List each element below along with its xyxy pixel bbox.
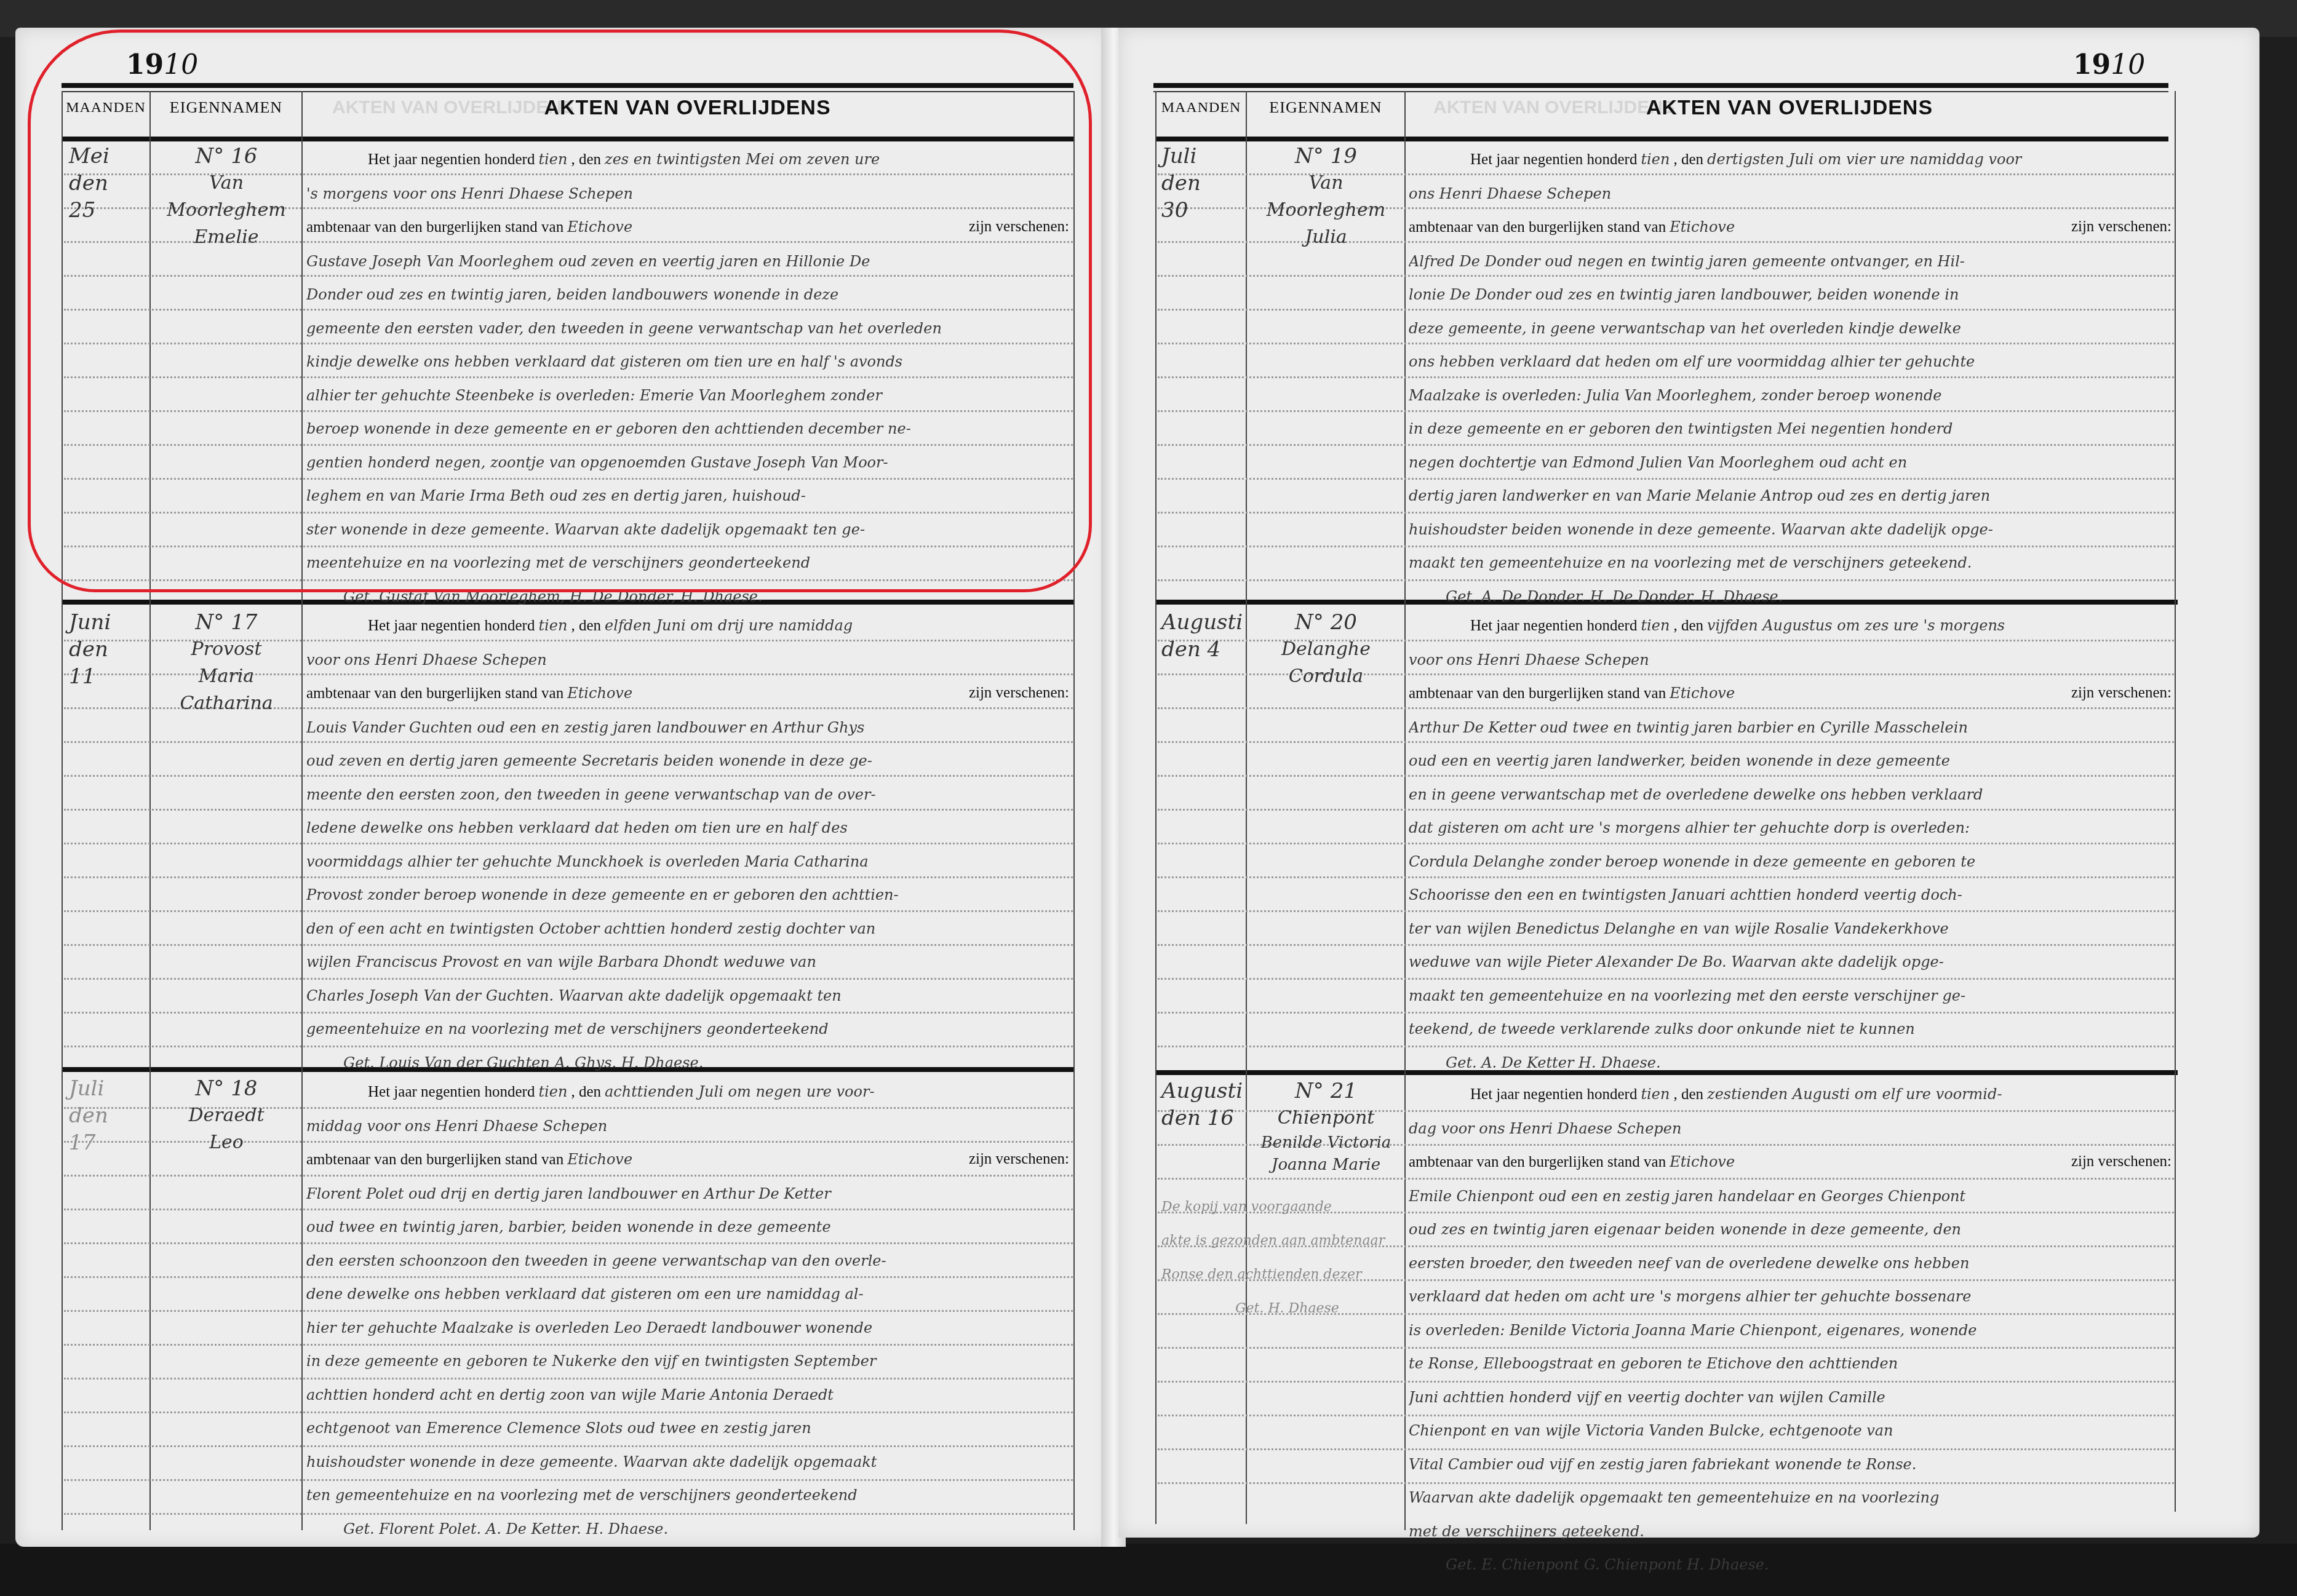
given-name: Benilde Victoria Joanna Marie bbox=[1248, 1132, 1404, 1176]
header-top-rule bbox=[1153, 83, 2168, 88]
surname: Provost bbox=[151, 636, 301, 663]
text-line: huishoudster beiden wonende in deze geme… bbox=[1409, 513, 2172, 547]
given-name: Cordula bbox=[1248, 663, 1404, 690]
text-line: te Ronse, Elleboogstraat en geboren te E… bbox=[1409, 1347, 2172, 1381]
printed-official: ambtenaar van den burgerlijken stand van bbox=[306, 1151, 563, 1168]
text-line: oud zes en twintig jaren eigenaar beiden… bbox=[1409, 1213, 2172, 1247]
official-line: ambtenaar van den burgerlijken stand van… bbox=[1409, 677, 2172, 711]
text-line: ter van wijlen Benedictus Delanghe en va… bbox=[1409, 912, 2172, 946]
record-body: Het jaar negentien honderd tien , den vi… bbox=[1409, 609, 2172, 1079]
column-border bbox=[1155, 91, 1156, 1524]
surname: Delanghe bbox=[1248, 636, 1404, 663]
printed-intro: Het jaar negentien honderd bbox=[1470, 1086, 1637, 1103]
entry-month: Juni bbox=[69, 609, 111, 636]
place: Etichove bbox=[1670, 1153, 1735, 1170]
given-name: Leo bbox=[151, 1129, 301, 1156]
officiant-line: ons Henri Dhaese Schepen bbox=[1409, 177, 2172, 211]
margin-note-line: Ronse den achttienden dezer bbox=[1161, 1258, 1404, 1292]
entry-name: N° 19 Van Moorleghem Julia bbox=[1248, 143, 1404, 251]
text-line: oud zeven en dertig jaren gemeente Secre… bbox=[306, 744, 1069, 778]
text-line: lonie De Donder oud zes en twintig jaren… bbox=[1409, 278, 2172, 312]
text-line: Cordula Delanghe zonder beroep wonende i… bbox=[1409, 845, 2172, 879]
entry-date: Augusti den 4 bbox=[1161, 609, 1243, 663]
margin-note-line: De kopij van voorgaande bbox=[1161, 1190, 1404, 1224]
date-time: elfden Juni om drij ure namiddag bbox=[605, 617, 853, 634]
record-number: N° 18 bbox=[151, 1075, 301, 1102]
entry-month: Juli bbox=[69, 1075, 108, 1102]
printed-den: , den bbox=[1673, 1086, 1703, 1103]
text-line: in deze gemeente en er geboren den twint… bbox=[1409, 412, 2172, 446]
entry-date: Juni den 11 bbox=[69, 609, 111, 690]
signatures: Get. Louis Van der Guchten A. Ghys. H. D… bbox=[306, 1046, 1069, 1080]
official-line: ambtenaar van den burgerlijken stand van… bbox=[1409, 210, 2172, 245]
printed-intro: Het jaar negentien honderd bbox=[368, 1084, 535, 1100]
record-body: Het jaar negentien honderd tien , den ac… bbox=[306, 1075, 1069, 1546]
text-line: Provost zonder beroep wonende in deze ge… bbox=[306, 878, 1069, 912]
entry-date: Augusti den 16 bbox=[1161, 1078, 1243, 1132]
text-line: wijlen Franciscus Provost en van wijle B… bbox=[306, 945, 1069, 979]
text-line: ledene dewelke ons hebben verklaard dat … bbox=[306, 811, 1069, 845]
entry-date: Juli den 17 bbox=[69, 1075, 108, 1156]
entry-name: N° 21 Chienpont Benilde Victoria Joanna … bbox=[1248, 1078, 1404, 1176]
year-word: tien bbox=[538, 1083, 567, 1100]
signatures: Get. E. Chienpont G. Chienpont H. Dhaese… bbox=[1409, 1548, 2172, 1582]
text-line: Maalzake is overleden: Julia Van Moorleg… bbox=[1409, 379, 2172, 413]
entry-day: den 11 bbox=[69, 636, 111, 690]
place: Etichove bbox=[1670, 685, 1735, 702]
text-line: met de verschijners geteekend. bbox=[1409, 1515, 2172, 1549]
header-top-rule-thin bbox=[1153, 91, 2168, 92]
margin-note-line: akte is gezonden aan ambtenaar bbox=[1161, 1224, 1404, 1258]
red-highlight-annotation bbox=[28, 30, 1092, 592]
text-line: Chienpont en van wijle Victoria Vanden B… bbox=[1409, 1414, 2172, 1448]
date-time: vijfden Augustus om zes ure 's morgens bbox=[1707, 617, 2005, 634]
entry-day: den 4 bbox=[1161, 636, 1243, 663]
printed-den: , den bbox=[1673, 151, 1703, 168]
text-line: ten gemeentehuize en na voorlezing met d… bbox=[306, 1479, 1069, 1512]
date-time: achttienden Juli om negen ure voor- bbox=[605, 1083, 875, 1100]
record-opening-line: Het jaar negentien honderd tien , den ac… bbox=[306, 1075, 1069, 1110]
text-line: maakt ten gemeentehuize en na voorlezing… bbox=[1409, 546, 2172, 580]
text-line: in deze gemeente en geboren te Nukerke d… bbox=[306, 1344, 1069, 1378]
officiant-line: dag voor ons Henri Dhaese Schepen bbox=[1409, 1112, 2172, 1146]
record-opening-line: Het jaar negentien honderd tien , den el… bbox=[306, 609, 1069, 643]
text-line: Schoorisse den een en twintigsten Januar… bbox=[1409, 878, 2172, 912]
text-line: meente den eersten zoon, den tweeden in … bbox=[306, 778, 1069, 812]
place: Etichove bbox=[567, 1151, 632, 1168]
officiant-line: voor ons Henri Dhaese Schepen bbox=[1409, 643, 2172, 677]
given-name: Maria Catharina bbox=[151, 663, 301, 717]
printed-den: , den bbox=[571, 617, 601, 634]
entry-date: Juli den 30 bbox=[1161, 143, 1201, 224]
text-line: Vital Cambier oud vijf en zestig jaren f… bbox=[1409, 1448, 2172, 1482]
year-printed: 19 bbox=[2073, 49, 2111, 81]
date-time: dertigsten Juli om vier ure namiddag voo… bbox=[1707, 151, 2021, 168]
register-title: AKTEN VAN OVERLIJDENS bbox=[1404, 96, 2175, 120]
text-line: oud een en veertig jaren landwerker, bei… bbox=[1409, 744, 2172, 778]
record-opening-line: Het jaar negentien honderd tien , den vi… bbox=[1409, 609, 2172, 643]
entry-month: Augusti bbox=[1161, 1078, 1243, 1105]
text-line: achttien honderd acht en dertig zoon van… bbox=[306, 1378, 1069, 1412]
text-line: negen dochtertje van Edmond Julien Van M… bbox=[1409, 446, 2172, 480]
surname: Deraedt bbox=[151, 1102, 301, 1129]
header-bottom-rule bbox=[1156, 137, 2168, 141]
text-line: Arthur De Ketter oud twee en twintig jar… bbox=[1409, 711, 2172, 745]
place: Etichove bbox=[567, 685, 632, 702]
text-line: hier ter gehuchte Maalzake is overleden … bbox=[306, 1311, 1069, 1345]
year-word: tien bbox=[1641, 151, 1670, 168]
official-line: ambtenaar van den burgerlijken stand van… bbox=[306, 677, 1069, 711]
printed-official: ambtenaar van den burgerlijken stand van bbox=[306, 685, 563, 702]
printed-official: ambtenaar van den burgerlijken stand van bbox=[1409, 219, 1666, 236]
record-body: Het jaar negentien honderd tien , den el… bbox=[306, 609, 1069, 1079]
officiant-line: middag voor ons Henri Dhaese Schepen bbox=[306, 1110, 1069, 1143]
record-opening-line: Het jaar negentien honderd tien , den ze… bbox=[1409, 1078, 2172, 1112]
text-line: verklaard dat heden om acht ure 's morge… bbox=[1409, 1280, 2172, 1314]
surname: Van Moorleghem bbox=[1248, 170, 1404, 224]
text-line: huishoudster wonende in deze gemeente. W… bbox=[306, 1445, 1069, 1479]
place: Etichove bbox=[1670, 218, 1735, 236]
entry-day: den 16 bbox=[1161, 1105, 1243, 1132]
official-line: ambtenaar van den burgerlijken stand van… bbox=[1409, 1145, 2172, 1180]
text-line: dat gisteren om acht ure 's morgens alhi… bbox=[1409, 811, 2172, 845]
record-number: N° 20 bbox=[1248, 609, 1404, 636]
text-line: eersten broeder, den tweeden neef van de… bbox=[1409, 1247, 2172, 1280]
text-line: deze gemeente, in geene verwantschap van… bbox=[1409, 312, 2172, 346]
record-opening-line: Het jaar negentien honderd tien , den de… bbox=[1409, 143, 2172, 177]
printed-intro: Het jaar negentien honderd bbox=[1470, 151, 1637, 168]
text-line: echtgenoot van Emerence Clemence Slots o… bbox=[306, 1411, 1069, 1445]
printed-appeared: zijn verschenen: bbox=[2071, 210, 2172, 244]
text-line: Florent Polet oud drij en dertig jaren l… bbox=[306, 1177, 1069, 1211]
text-line: Louis Vander Guchten oud een en zestig j… bbox=[306, 711, 1069, 745]
text-line: Charles Joseph Van der Guchten. Waarvan … bbox=[306, 979, 1069, 1013]
record-number: N° 17 bbox=[151, 609, 301, 636]
margin-note-line: Get. H. Dhaese bbox=[1161, 1292, 1404, 1325]
text-line: oud twee en twintig jaren, barbier, beid… bbox=[306, 1210, 1069, 1244]
text-line: en in geene verwantschap met de overlede… bbox=[1409, 778, 2172, 812]
printed-intro: Het jaar negentien honderd bbox=[1470, 617, 1637, 634]
entry-name: N° 18 Deraedt Leo bbox=[151, 1075, 301, 1156]
entry-name: N° 20 Delanghe Cordula bbox=[1248, 609, 1404, 690]
text-line: Alfred De Donder oud negen en twintig ja… bbox=[1409, 245, 2172, 279]
year-word: tien bbox=[1641, 617, 1670, 634]
printed-official: ambtenaar van den burgerlijken stand van bbox=[1409, 1154, 1666, 1170]
entry-day: den 17 bbox=[69, 1102, 108, 1156]
entry-month: Augusti bbox=[1161, 609, 1243, 636]
signatures: Get. A. De Ketter H. Dhaese. bbox=[1409, 1046, 2172, 1080]
record-body: Het jaar negentien honderd tien , den ze… bbox=[1409, 1078, 2172, 1582]
text-line: weduwe van wijle Pieter Alexander De Bo.… bbox=[1409, 945, 2172, 979]
column-border bbox=[2175, 91, 2176, 1512]
text-line: Emile Chienpont oud een en zestig jaren … bbox=[1409, 1180, 2172, 1213]
official-line: ambtenaar van den burgerlijken stand van… bbox=[306, 1143, 1069, 1177]
printed-official: ambtenaar van den burgerlijken stand van bbox=[1409, 685, 1666, 702]
date-time: zestienden Augusti om elf ure voormid- bbox=[1707, 1086, 2002, 1103]
year-handwritten: 10 bbox=[2111, 49, 2145, 81]
text-line: dertig jaren landwerker en van Marie Mel… bbox=[1409, 479, 2172, 513]
record-body: Het jaar negentien honderd tien , den de… bbox=[1409, 143, 2172, 613]
text-line: den eersten schoonzoon den tweeden in ge… bbox=[306, 1244, 1069, 1278]
printed-den: , den bbox=[1673, 617, 1703, 634]
signatures: Get. A. De Donder. H. De Donder. H. Dhae… bbox=[1409, 580, 2172, 614]
text-line: Waarvan akte dadelijk opgemaakt ten geme… bbox=[1409, 1481, 2172, 1515]
year-word: tien bbox=[538, 617, 567, 634]
text-line: is overleden: Benilde Victoria Joanna Ma… bbox=[1409, 1314, 2172, 1348]
text-line: teekend, de tweede verklarende zulks doo… bbox=[1409, 1012, 2172, 1046]
printed-appeared: zijn verschenen: bbox=[969, 1143, 1069, 1177]
text-line: den of een acht en twintigsten October a… bbox=[306, 912, 1069, 946]
column-header-names: EIGENNAMEN bbox=[1247, 98, 1404, 117]
given-name: Julia bbox=[1248, 224, 1404, 251]
surname: Chienpont bbox=[1248, 1105, 1404, 1132]
entry-day: den 30 bbox=[1161, 170, 1201, 224]
printed-den: , den bbox=[571, 1084, 601, 1100]
right-page-year: 1910 bbox=[2073, 49, 2145, 81]
text-line: ons hebben verklaard dat heden om elf ur… bbox=[1409, 345, 2172, 379]
text-line: gemeentehuize en na voorlezing met de ve… bbox=[306, 1012, 1069, 1046]
printed-appeared: zijn verschenen: bbox=[2071, 677, 2172, 710]
printed-appeared: zijn verschenen: bbox=[969, 677, 1069, 710]
text-line: dene dewelke ons hebben verklaard dat gi… bbox=[306, 1277, 1069, 1311]
text-line: voormiddags alhier ter gehuchte Munckhoe… bbox=[306, 845, 1069, 879]
record-number: N° 19 bbox=[1248, 143, 1404, 170]
entry-name: N° 17 Provost Maria Catharina bbox=[151, 609, 301, 717]
text-line: maakt ten gemeentehuize en na voorlezing… bbox=[1409, 979, 2172, 1013]
printed-intro: Het jaar negentien honderd bbox=[368, 617, 535, 634]
column-header-months: MAANDEN bbox=[1156, 100, 1246, 116]
record-number: N° 21 bbox=[1248, 1078, 1404, 1105]
year-word: tien bbox=[1641, 1086, 1670, 1103]
printed-appeared: zijn verschenen: bbox=[2071, 1145, 2172, 1179]
signatures: Get. Florent Polet. A. De Ketter. H. Dha… bbox=[306, 1512, 1069, 1546]
margin-annotation: De kopij van voorgaande akte is gezonden… bbox=[1161, 1190, 1404, 1325]
text-line: Juni achttien honderd vijf en veertig do… bbox=[1409, 1381, 2172, 1415]
entry-month: Juli bbox=[1161, 143, 1201, 170]
officiant-line: voor ons Henri Dhaese Schepen bbox=[306, 643, 1069, 677]
